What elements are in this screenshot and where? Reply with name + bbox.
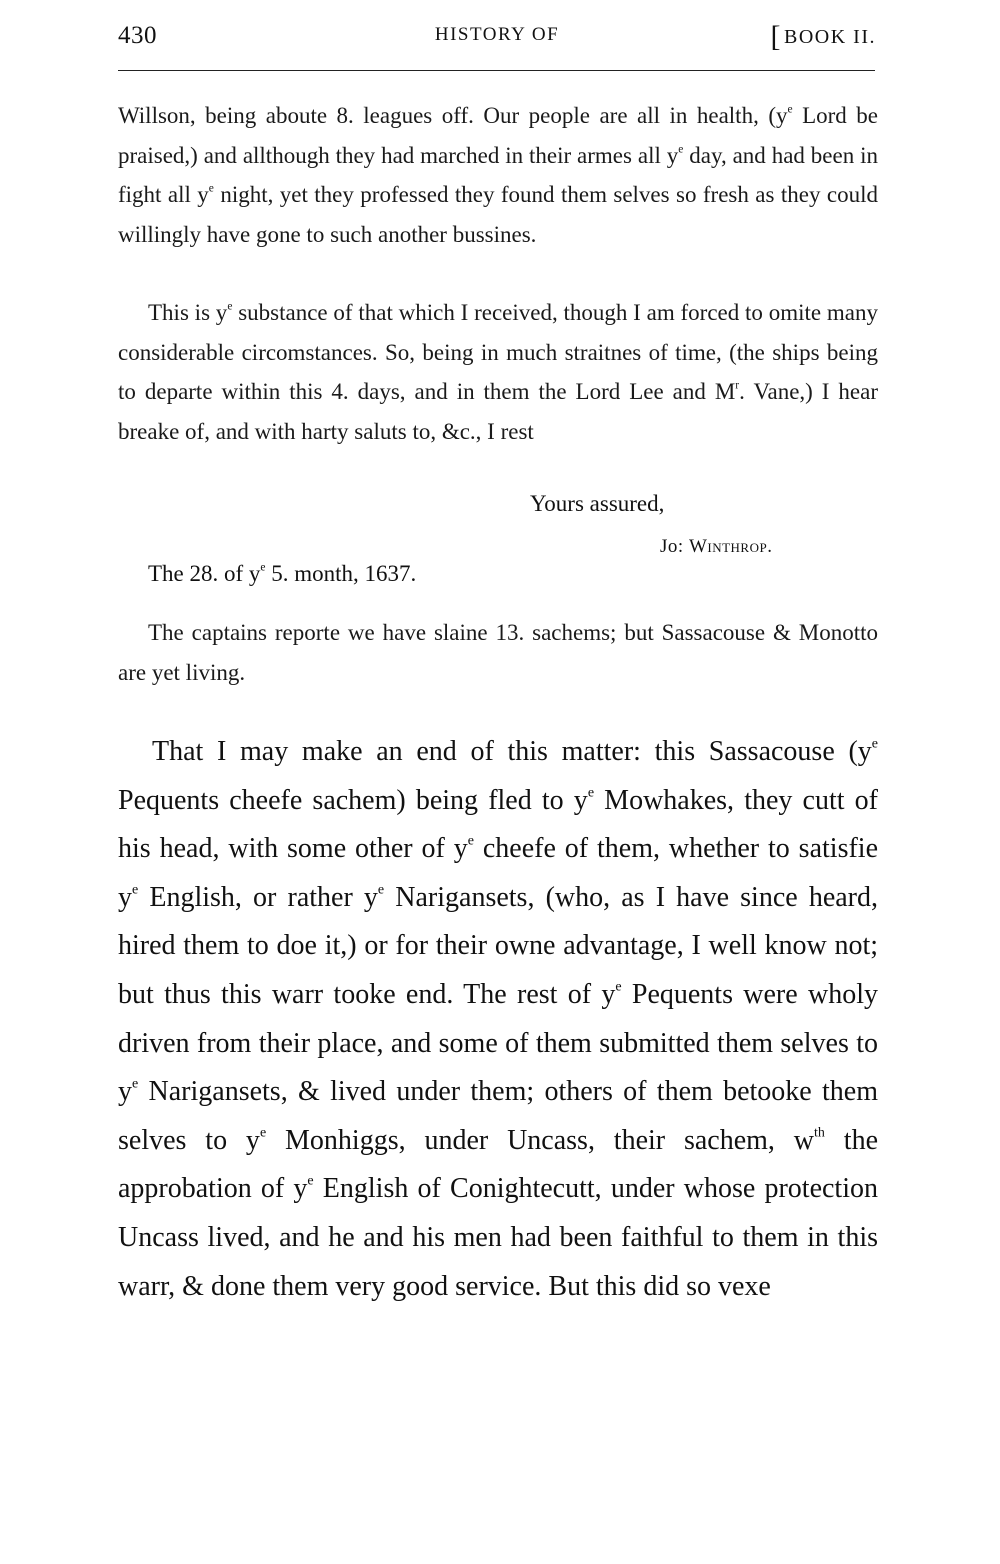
- signature-prefix: Jo:: [660, 536, 689, 557]
- postscript-text: The captains reporte we have slaine 13. …: [118, 613, 878, 692]
- text: This is y: [148, 300, 227, 325]
- superscript: e: [872, 736, 878, 751]
- letter-signature: Jo: Winthrop.: [660, 536, 772, 558]
- text: That I may make an end of this matter: t…: [152, 736, 872, 767]
- text: Willson, being aboute 8. leagues off. Ou…: [118, 103, 787, 128]
- letter-closing: Yours assured,: [530, 491, 664, 517]
- text: 5. month, 1637.: [266, 561, 417, 586]
- text: night, yet they professed they found the…: [118, 182, 878, 247]
- letter-paragraph-1: Willson, being aboute 8. leagues off. Ou…: [118, 96, 878, 254]
- text: The 28. of y: [148, 561, 260, 586]
- header-rule: [118, 70, 875, 71]
- narrative-paragraph: That I may make an end of this matter: t…: [118, 728, 878, 1311]
- letter-postscript: The captains reporte we have slaine 13. …: [118, 613, 878, 692]
- bracket-glyph: [: [771, 20, 783, 53]
- text: Monhiggs, under Uncass, their sachem, w: [266, 1125, 814, 1156]
- page-header: 430 HISTORY OF [BOOK II.: [118, 20, 876, 54]
- text: English, or rather y: [138, 882, 378, 913]
- signature-name: Winthrop.: [689, 536, 773, 557]
- letter-date: The 28. of ye 5. month, 1637.: [148, 561, 416, 587]
- book-label-text: BOOK II.: [784, 26, 876, 48]
- book-label: [BOOK II.: [771, 20, 877, 54]
- letter-paragraph-2: This is ye substance of that which I rec…: [118, 293, 878, 451]
- superscript: th: [814, 1125, 825, 1140]
- running-title: HISTORY OF: [435, 24, 559, 46]
- page-number: 430: [118, 22, 157, 50]
- text: Pequents cheefe sachem) being fled to y: [118, 785, 588, 816]
